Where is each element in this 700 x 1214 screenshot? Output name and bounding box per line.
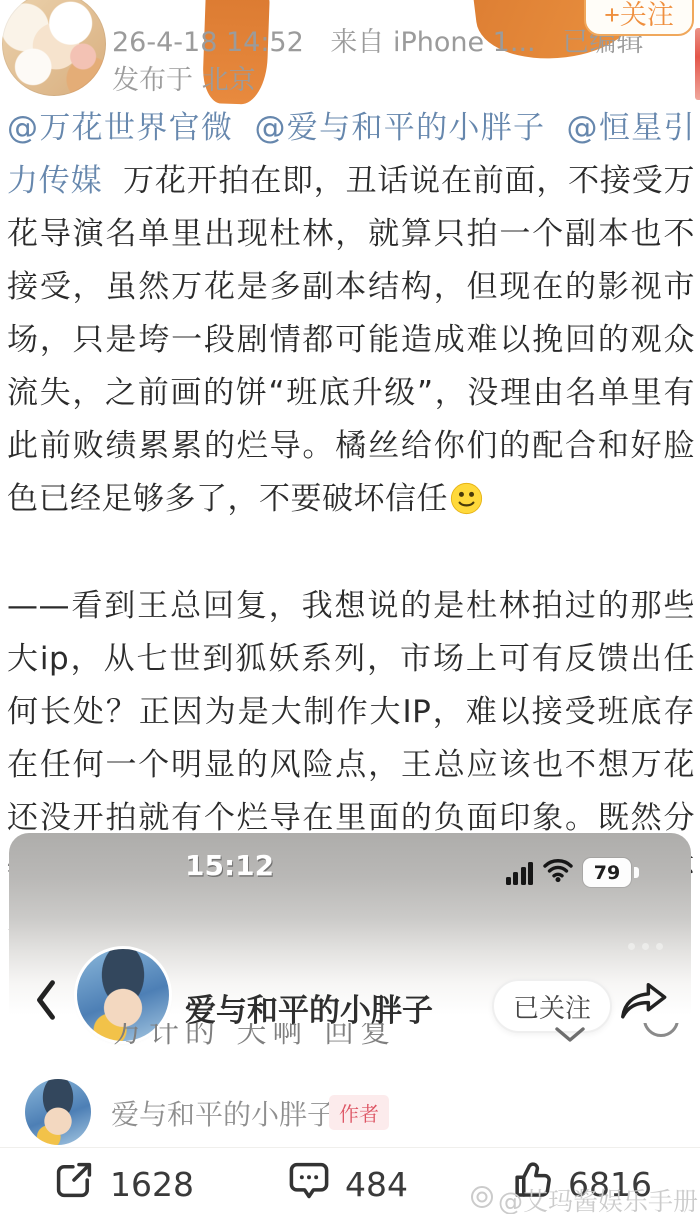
watermark: @艾玛酱娱乐手册 [470, 1182, 698, 1214]
action-toolbar: 1628 484 6816 @艾玛酱娱乐手册 [0, 1147, 700, 1214]
repost-count: 1628 [110, 1165, 194, 1204]
more-icon [628, 943, 663, 950]
post-paragraph-1: @万花世界官微 @爱与和平的小胖子 @恒星引力传媒 万花开拍在即，丑话说在前面，… [7, 102, 695, 532]
camera-circle-icon [470, 1185, 494, 1214]
weibo-post-page: 26-4-18 14:52 来自 iPhone 1... 已编辑 发布于 北京 … [0, 0, 700, 1214]
embedded-screenshot-image[interactable]: 15:12 79 爱与和平的小胖子 已关注 万计的 天啊 回复 爱与和平的小胖子… [9, 833, 691, 1147]
wifi-icon [543, 857, 573, 887]
slight-smile-emoji [450, 479, 483, 532]
comment-icon [287, 1158, 331, 1210]
comment-count: 484 [345, 1165, 408, 1204]
post-timestamp: 26-4-18 14:52 [112, 27, 304, 58]
cell-signal-icon [506, 861, 534, 887]
comment-button[interactable]: 484 [287, 1158, 408, 1210]
clipped-emoji-icon [643, 1023, 679, 1037]
battery-tip [634, 867, 639, 878]
author-badge: 作者 [329, 1095, 389, 1130]
status-time: 15:12 [185, 849, 274, 882]
chevron-down-icon [553, 1025, 587, 1047]
chevron-left-icon [33, 977, 59, 1027]
repost-button[interactable]: 1628 [52, 1158, 194, 1210]
comment-author-name: 爱与和平的小胖子 [111, 1093, 335, 1133]
share-icon [52, 1158, 96, 1210]
clipped-comment-text: 万计的 天啊 回复 [113, 1023, 396, 1047]
mention-link-xiaopangzi[interactable]: @爱与和平的小胖子 [254, 110, 545, 146]
battery-icon: 79 [583, 858, 631, 887]
comment-author-avatar [25, 1079, 91, 1145]
poster-avatar[interactable] [2, 0, 106, 96]
status-icons: 79 [506, 857, 640, 887]
clipped-comment-row: 万计的 天啊 回复 [9, 1023, 691, 1047]
paragraph-1-text: 万花开拍在即，丑话说在前面，不接受万花导演名单里出现杜林，就算只拍一个副本也不接… [7, 163, 695, 517]
follow-button[interactable]: +关注 [584, 0, 694, 36]
mention-link-wanhua[interactable]: @万花世界官微 [7, 110, 233, 146]
post-source[interactable]: 来自 iPhone 1... [330, 27, 535, 58]
clipped-red-badge [695, 28, 700, 100]
post-body: @万花世界官微 @爱与和平的小胖子 @恒星引力传媒 万花开拍在即，丑话说在前面，… [7, 102, 695, 951]
post-meta: 26-4-18 14:52 来自 iPhone 1... 已编辑 发布于 北京 [112, 24, 643, 100]
post-location[interactable]: 发布于 北京 [112, 62, 643, 100]
watermark-text: @艾玛酱娱乐手册 [498, 1182, 698, 1214]
curved-share-arrow-icon [619, 979, 669, 1027]
